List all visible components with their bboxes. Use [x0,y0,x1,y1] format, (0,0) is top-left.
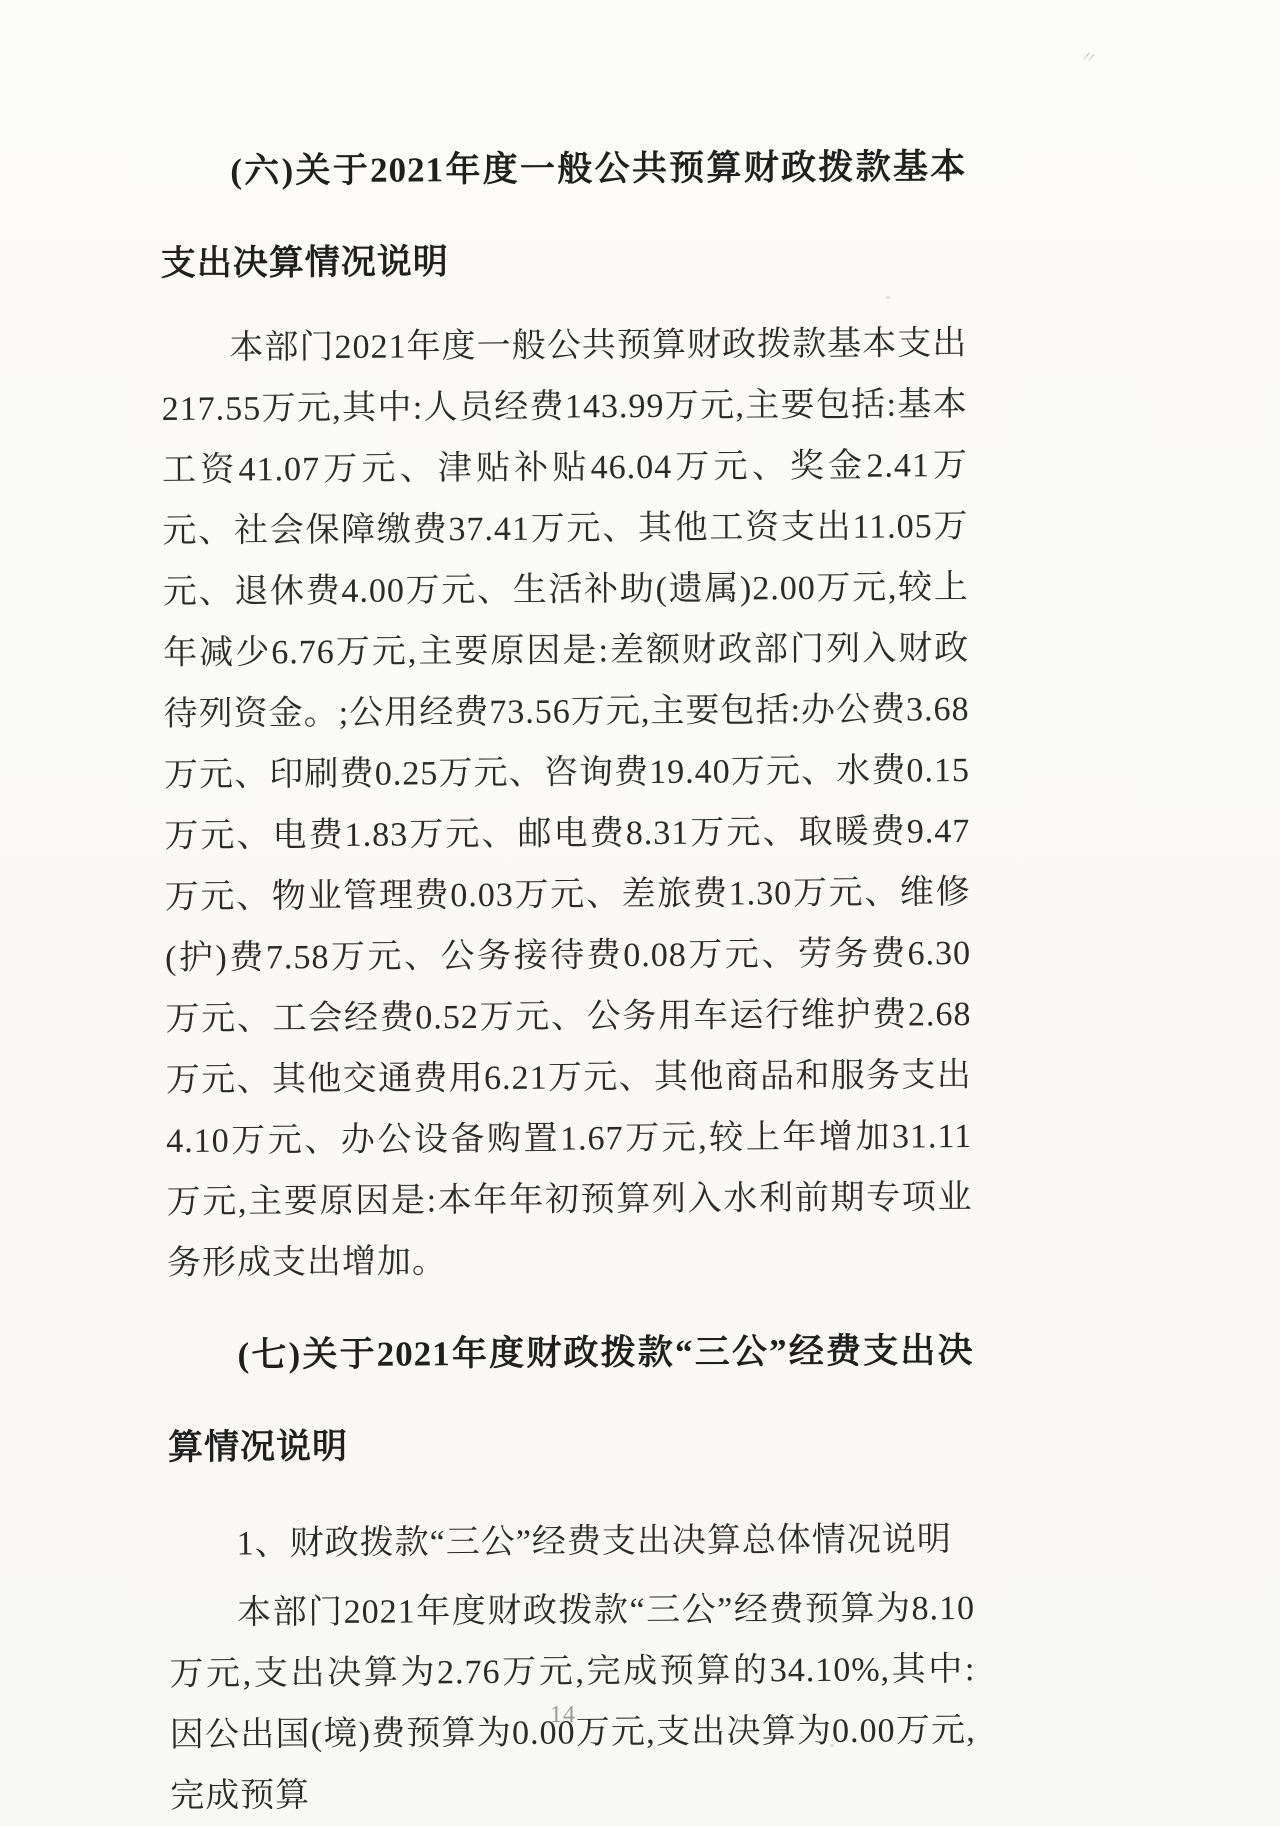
section-7-heading: (七)关于2021年度财政拨款“三公”经费支出决算情况说明 [167,1305,974,1494]
page-number: 14 [160,1702,966,1729]
section-7-item-1-title: 1、财政拨款“三公”经费支出决算总体情况说明 [168,1509,974,1575]
scan-artifact-corner-mark: 〃 [1076,42,1101,72]
document-page: 〃 (六)关于2021年度一般公共预算财政拨款基本支出决算情况说明 本部门202… [0,0,1280,1826]
section-6-heading: (六)关于2021年度一般公共预算财政拨款基本支出决算情况说明 [160,121,967,310]
section-6-paragraph: 本部门2021年度一般公共预算财政拨款基本支出217.55万元,其中:人员经费1… [161,313,973,1294]
document-content: (六)关于2021年度一般公共预算财政拨款基本支出决算情况说明 本部门2021年… [160,121,976,1826]
